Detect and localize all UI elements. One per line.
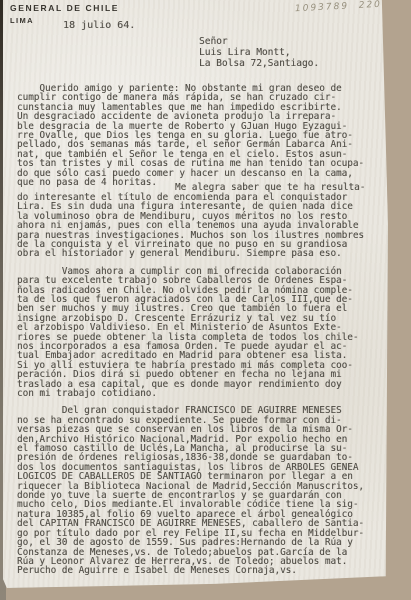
paragraph-1a: Querido amigo y pariente: No obstante mi… [17,84,365,187]
text-line: La Bolsa 72,Santiago. [199,58,319,69]
text-line: Luis Lira Montt, [199,47,319,58]
paragraph-3: Del gran conquistador FRANCISCO DE AGUIR… [17,406,365,575]
paragraph-2: Vamos ahora a cumplir con mi ofrecida co… [17,267,365,399]
pencil-annotation: 1093789 220 [295,0,382,14]
letter-date: 18 julio 64. [63,20,135,31]
text-line: Señor [199,36,319,47]
letter-paper: GENERAL DE CHILE LIMA 1093789 220 18 jul… [3,0,388,588]
text-line: obra el historiador y general Mendiburu.… [17,249,365,258]
text-line: con mi trabajo cotidiano. [17,389,365,398]
text-line: Perucho de Aguirre e Isabel de Meneses C… [17,566,365,575]
paragraph-1b: do interesante el título de encomienda p… [17,193,365,259]
scanned-letter-photo: GENERAL DE CHILE LIMA 1093789 220 18 jul… [0,0,411,600]
letterhead-line1: GENERAL DE CHILE [10,3,119,13]
recipient-address: SeñorLuis Lira Montt,La Bolsa 72,Santiag… [199,36,319,69]
letter-body: Querido amigo y pariente: No obstante mi… [17,84,365,576]
